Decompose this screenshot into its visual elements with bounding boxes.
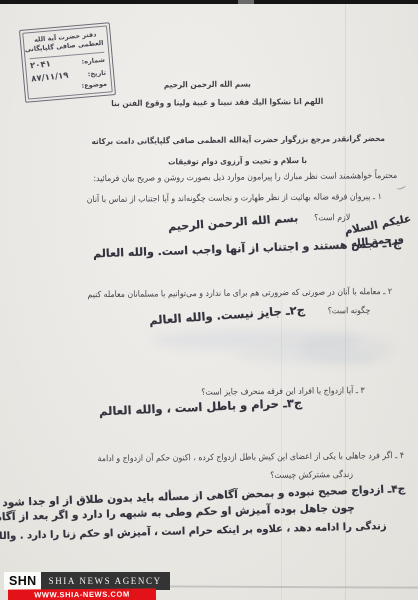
office-stamp-frame: دفتر حضرت آية الله العظمى صافى گلپايگانى… (22, 25, 113, 99)
scan-edge-gap (238, 0, 254, 4)
handwritten-answer-4-line-3: زندگى را ادامه دهد ، علاوه بر اينكه حرام… (0, 521, 387, 543)
stamp-subject-label: موضوع: (81, 80, 107, 90)
typed-greeting: با سلام و تحيت و آرزوى دوام توفيقات (168, 156, 307, 166)
handwritten-answer-1: ج۱ـ نجس هستند و اجتناب از آنها واجب است.… (93, 237, 401, 261)
ink-ghost-smudge (300, 334, 395, 364)
handwritten-basmala: بسم الله الرحمن الرحيم (168, 211, 299, 233)
question-1-line-1: ۱ ـ پيروان فرقه ضاله بهائيت از نظر طهارت… (87, 192, 382, 205)
typed-request: محترماً خواهشمند است نظر مبارك را پيرامو… (93, 171, 397, 184)
agency-name-badge: SHIA NEWS AGENCY (41, 572, 170, 590)
typed-salutation: محضر گرانقدر مرجع بزرگوار حضرت آيةالله ا… (92, 134, 386, 146)
pencil-mark (395, 183, 406, 191)
office-stamp: دفتر حضرت آية الله العظمى صافى گلپايگانى… (19, 22, 116, 103)
typed-dua-line: اللهم انا نشكوا اليك فقد نبينا و غيبة ول… (111, 97, 323, 108)
shn-logo: SHN (4, 572, 41, 590)
stamp-date-label: تاريخ: (87, 69, 106, 79)
scanned-document-page: دفتر حضرت آية الله العظمى صافى گلپايگانى… (0, 0, 418, 600)
question-1-line-2: لازم است؟ (314, 213, 350, 223)
stamp-number-label: شماره: (81, 56, 105, 66)
handwritten-answer-3: ج۳ـ حرام و باطل است ، والله العالم (99, 396, 303, 419)
question-4-line-2: زندگى مشتركش چيست؟ (270, 470, 353, 481)
typed-basmala: بسم الله الرحمن الرحيم (164, 80, 251, 90)
question-4-line-1: ۴ ـ اگر فرد جاهلى با يكى از اعضاى اين كي… (98, 451, 405, 464)
agency-url-bar: WWW.SHIA-NEWS.COM (8, 588, 156, 600)
scan-streak (160, 585, 418, 588)
question-2-line-1: ۲ ـ معامله با آنان در صورتى كه ضرورتى هم… (87, 287, 392, 300)
stamp-date-value: ۸۷/۱۱/۱۹ (31, 71, 69, 85)
news-agency-watermark: SHN SHIA NEWS AGENCY (4, 572, 170, 590)
scan-edge-bar (0, 0, 418, 4)
question-2-line-2: چگونه است؟ (327, 306, 370, 316)
stamp-number-value: ۲۰۴۱ (30, 60, 52, 72)
